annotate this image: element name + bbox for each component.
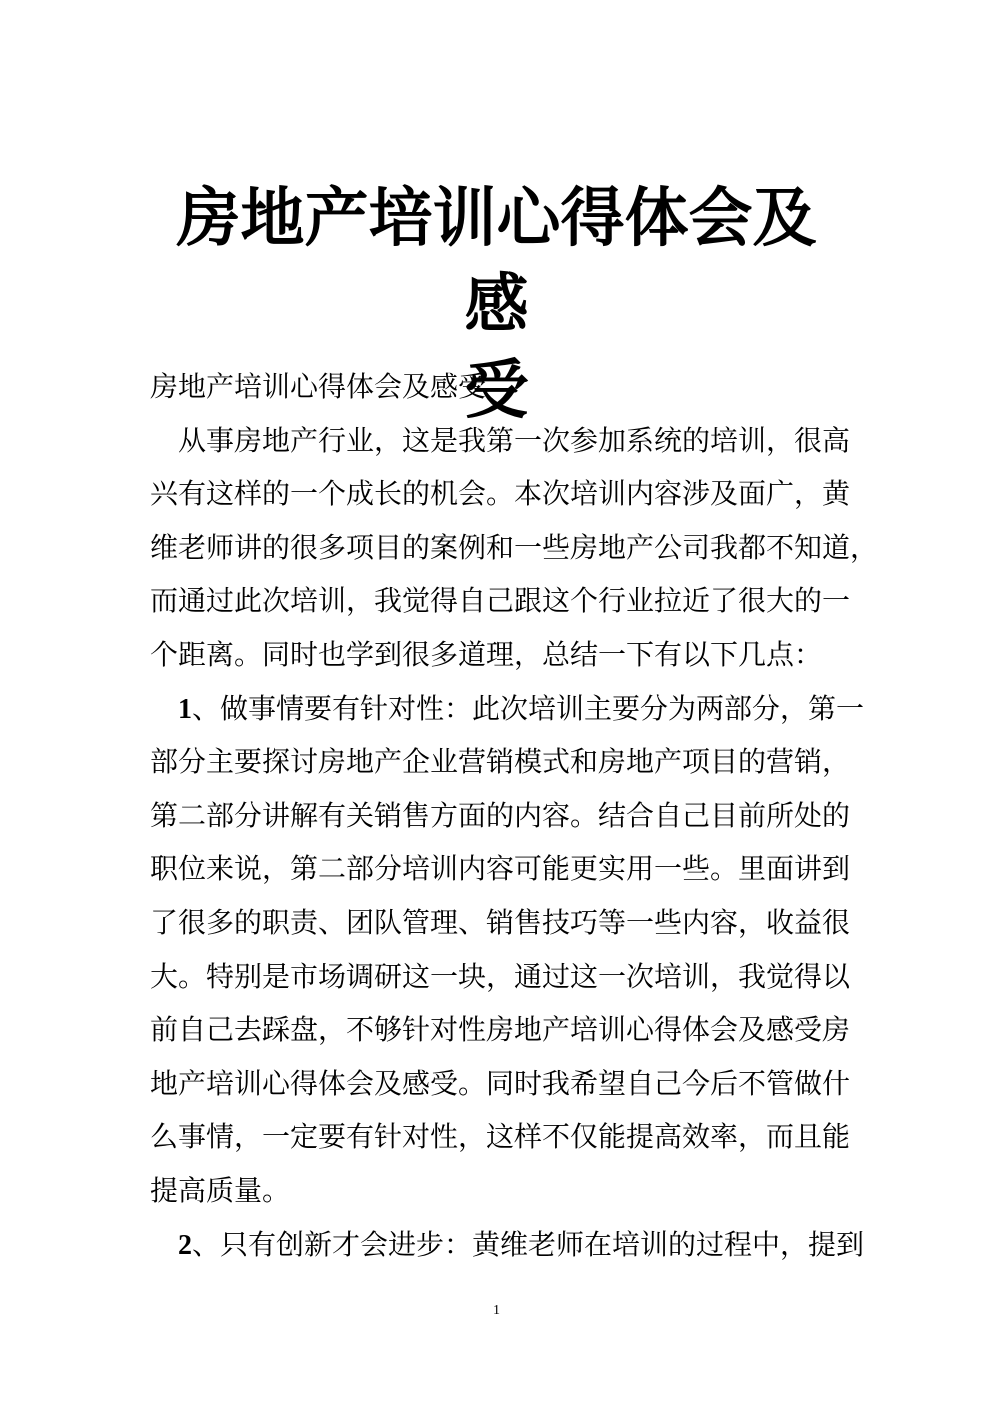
paragraph-line: 个距离。同时也学到很多道理，总结一下有以下几点： bbox=[150, 628, 840, 682]
paragraph-line: 么事情，一定要有针对性，这样不仅能提高效率，而且能 bbox=[150, 1110, 840, 1164]
line-text: 提高质量。 bbox=[150, 1174, 290, 1207]
line-text: 部分主要探讨房地产企业营销模式和房地产项目的营销， bbox=[150, 745, 850, 778]
document-body: 房地产培训心得体会及感受 从事房地产行业，这是我第一次参加系统的培训，很高 兴有… bbox=[150, 360, 840, 1271]
list-number: 2 bbox=[178, 1230, 192, 1261]
paragraph-line: 兴有这样的一个成长的机会。本次培训内容涉及面广，黄 bbox=[150, 467, 840, 521]
line-text: 兴有这样的一个成长的机会。本次培训内容涉及面广，黄 bbox=[150, 477, 850, 510]
title-line-1: 房地产培训心得体会及感 bbox=[150, 176, 843, 348]
numbered-point-line: 1、做事情要有针对性：此次培训主要分为两部分，第一 bbox=[150, 682, 840, 736]
line-text: 职位来说，第二部分培训内容可能更实用一些。里面讲到 bbox=[150, 852, 850, 885]
line-text: 个距离。同时也学到很多道理，总结一下有以下几点： bbox=[150, 638, 822, 671]
document-subtitle: 房地产培训心得体会及感受 bbox=[150, 360, 840, 414]
page-number: 1 bbox=[0, 1303, 993, 1319]
paragraph-line: 了很多的职责、团队管理、销售技巧等一些内容，收益很 bbox=[150, 896, 840, 950]
line-text: 从事房地产行业，这是我第一次参加系统的培训，很高 bbox=[178, 424, 850, 457]
line-text: 么事情，一定要有针对性，这样不仅能提高效率，而且能 bbox=[150, 1120, 850, 1153]
line-text: 、做事情要有针对性：此次培训主要分为两部分，第一 bbox=[192, 692, 864, 725]
paragraph-line: 部分主要探讨房地产企业营销模式和房地产项目的营销， bbox=[150, 735, 840, 789]
line-text: 维老师讲的很多项目的案例和一些房地产公司我都不知道， bbox=[150, 531, 878, 564]
line-text: 了很多的职责、团队管理、销售技巧等一些内容，收益很 bbox=[150, 906, 850, 939]
document-page: 房地产培训心得体会及感 受 房地产培训心得体会及感受 从事房地产行业，这是我第一… bbox=[0, 0, 993, 1404]
paragraph-line: 第二部分讲解有关销售方面的内容。结合自己目前所处的 bbox=[150, 789, 840, 843]
numbered-point-line: 2、只有创新才会进步：黄维老师在培训的过程中，提到 bbox=[150, 1218, 840, 1272]
line-text: 第二部分讲解有关销售方面的内容。结合自己目前所处的 bbox=[150, 799, 850, 832]
line-text: 地产培训心得体会及感受。同时我希望自己今后不管做什 bbox=[150, 1067, 850, 1100]
paragraph-line: 而通过此次培训，我觉得自己跟这个行业拉近了很大的一 bbox=[150, 574, 840, 628]
line-text: 、只有创新才会进步：黄维老师在培训的过程中，提到 bbox=[192, 1228, 864, 1261]
paragraph-line: 维老师讲的很多项目的案例和一些房地产公司我都不知道， bbox=[150, 521, 840, 575]
paragraph-line: 职位来说，第二部分培训内容可能更实用一些。里面讲到 bbox=[150, 842, 840, 896]
paragraph-line: 从事房地产行业，这是我第一次参加系统的培训，很高 bbox=[150, 414, 840, 468]
line-text: 大。特别是市场调研这一块，通过这一次培训，我觉得以 bbox=[150, 960, 850, 993]
line-text: 而通过此次培训，我觉得自己跟这个行业拉近了很大的一 bbox=[150, 584, 850, 617]
paragraph-line: 前自己去踩盘，不够针对性房地产培训心得体会及感受房 bbox=[150, 1003, 840, 1057]
list-number: 1 bbox=[178, 694, 192, 725]
paragraph-line: 地产培训心得体会及感受。同时我希望自己今后不管做什 bbox=[150, 1057, 840, 1111]
paragraph-line: 大。特别是市场调研这一块，通过这一次培训，我觉得以 bbox=[150, 950, 840, 1004]
line-text: 前自己去踩盘，不够针对性房地产培训心得体会及感受房 bbox=[150, 1013, 850, 1046]
paragraph-line: 提高质量。 bbox=[150, 1164, 840, 1218]
